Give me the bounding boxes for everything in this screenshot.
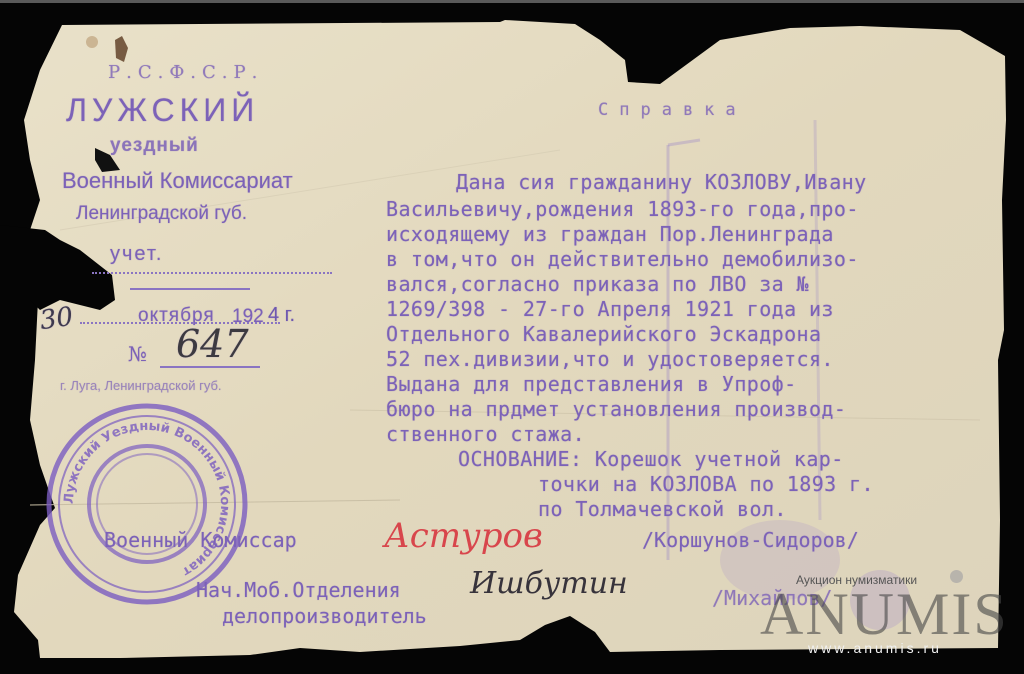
clerk-title: делопроизводитель <box>222 604 427 628</box>
body-line: 52 пех.дивизии,что и удостоверяется. <box>386 347 834 371</box>
body-line: Дана сия гражданину КОЗЛОВУ,Ивану <box>456 170 867 194</box>
document-title: Справка <box>598 100 747 120</box>
watermark-url: www.anumis.ru <box>808 640 942 656</box>
body-line: ственного стажа. <box>386 422 585 446</box>
commissar-name: /Коршунов-Сидоров/ <box>642 528 859 552</box>
number-label: № <box>128 342 147 366</box>
body-line: по Толмачевской вол. <box>538 497 787 521</box>
body-line: вался,согласно приказа по ЛВО за № <box>386 272 809 296</box>
number-underline <box>160 366 260 368</box>
letterhead-department: учет. <box>110 243 163 266</box>
body-line: Отдельного Кавалерийского Эскадрона <box>386 322 821 346</box>
body-line: исходящему из граждан Пор.Ленинграда <box>386 222 834 246</box>
mob-department-title: Нач.Моб.Отделения <box>196 578 401 602</box>
letterhead-city: г. Луга, Ленинградской губ. <box>60 378 222 393</box>
clerk-signature: Ишбутин <box>470 566 628 601</box>
letterhead-district: ЛУЖСКИЙ <box>66 92 259 129</box>
body-line: бюро на прдмет установления производ- <box>386 397 846 421</box>
commissar-signature: Астуров <box>384 516 543 556</box>
body-line: 1269/398 - 27-го Апреля 1921 года из <box>386 297 834 321</box>
watermark-brand: ANUMIS <box>760 580 1009 649</box>
body-line: Васильевичу,рождения 1893-го года,про- <box>386 197 859 221</box>
letterhead-district-type: уездный <box>110 135 199 157</box>
body-line: точки на КОЗЛОВА по 1893 г. <box>538 472 874 496</box>
letterhead-province: Ленинградской губ. <box>76 203 247 225</box>
date-day-handwritten: 30 <box>38 302 75 336</box>
body-line: Выдана для представления в Упроф- <box>386 372 797 396</box>
number-value-handwritten: 647 <box>176 322 249 366</box>
body-line: в том,что он действительно демобилизо- <box>386 247 859 271</box>
letterhead-country: Р.С.Ф.С.Р. <box>108 62 263 83</box>
body-line: ОСНОВАНИЕ: Корешок учетной кар- <box>458 447 844 471</box>
divider-line <box>130 288 250 290</box>
letterhead-office: Военный Комиссариат <box>62 168 293 194</box>
commissar-title: Военный Комиссар <box>104 528 297 552</box>
divider-dotted <box>92 272 332 274</box>
